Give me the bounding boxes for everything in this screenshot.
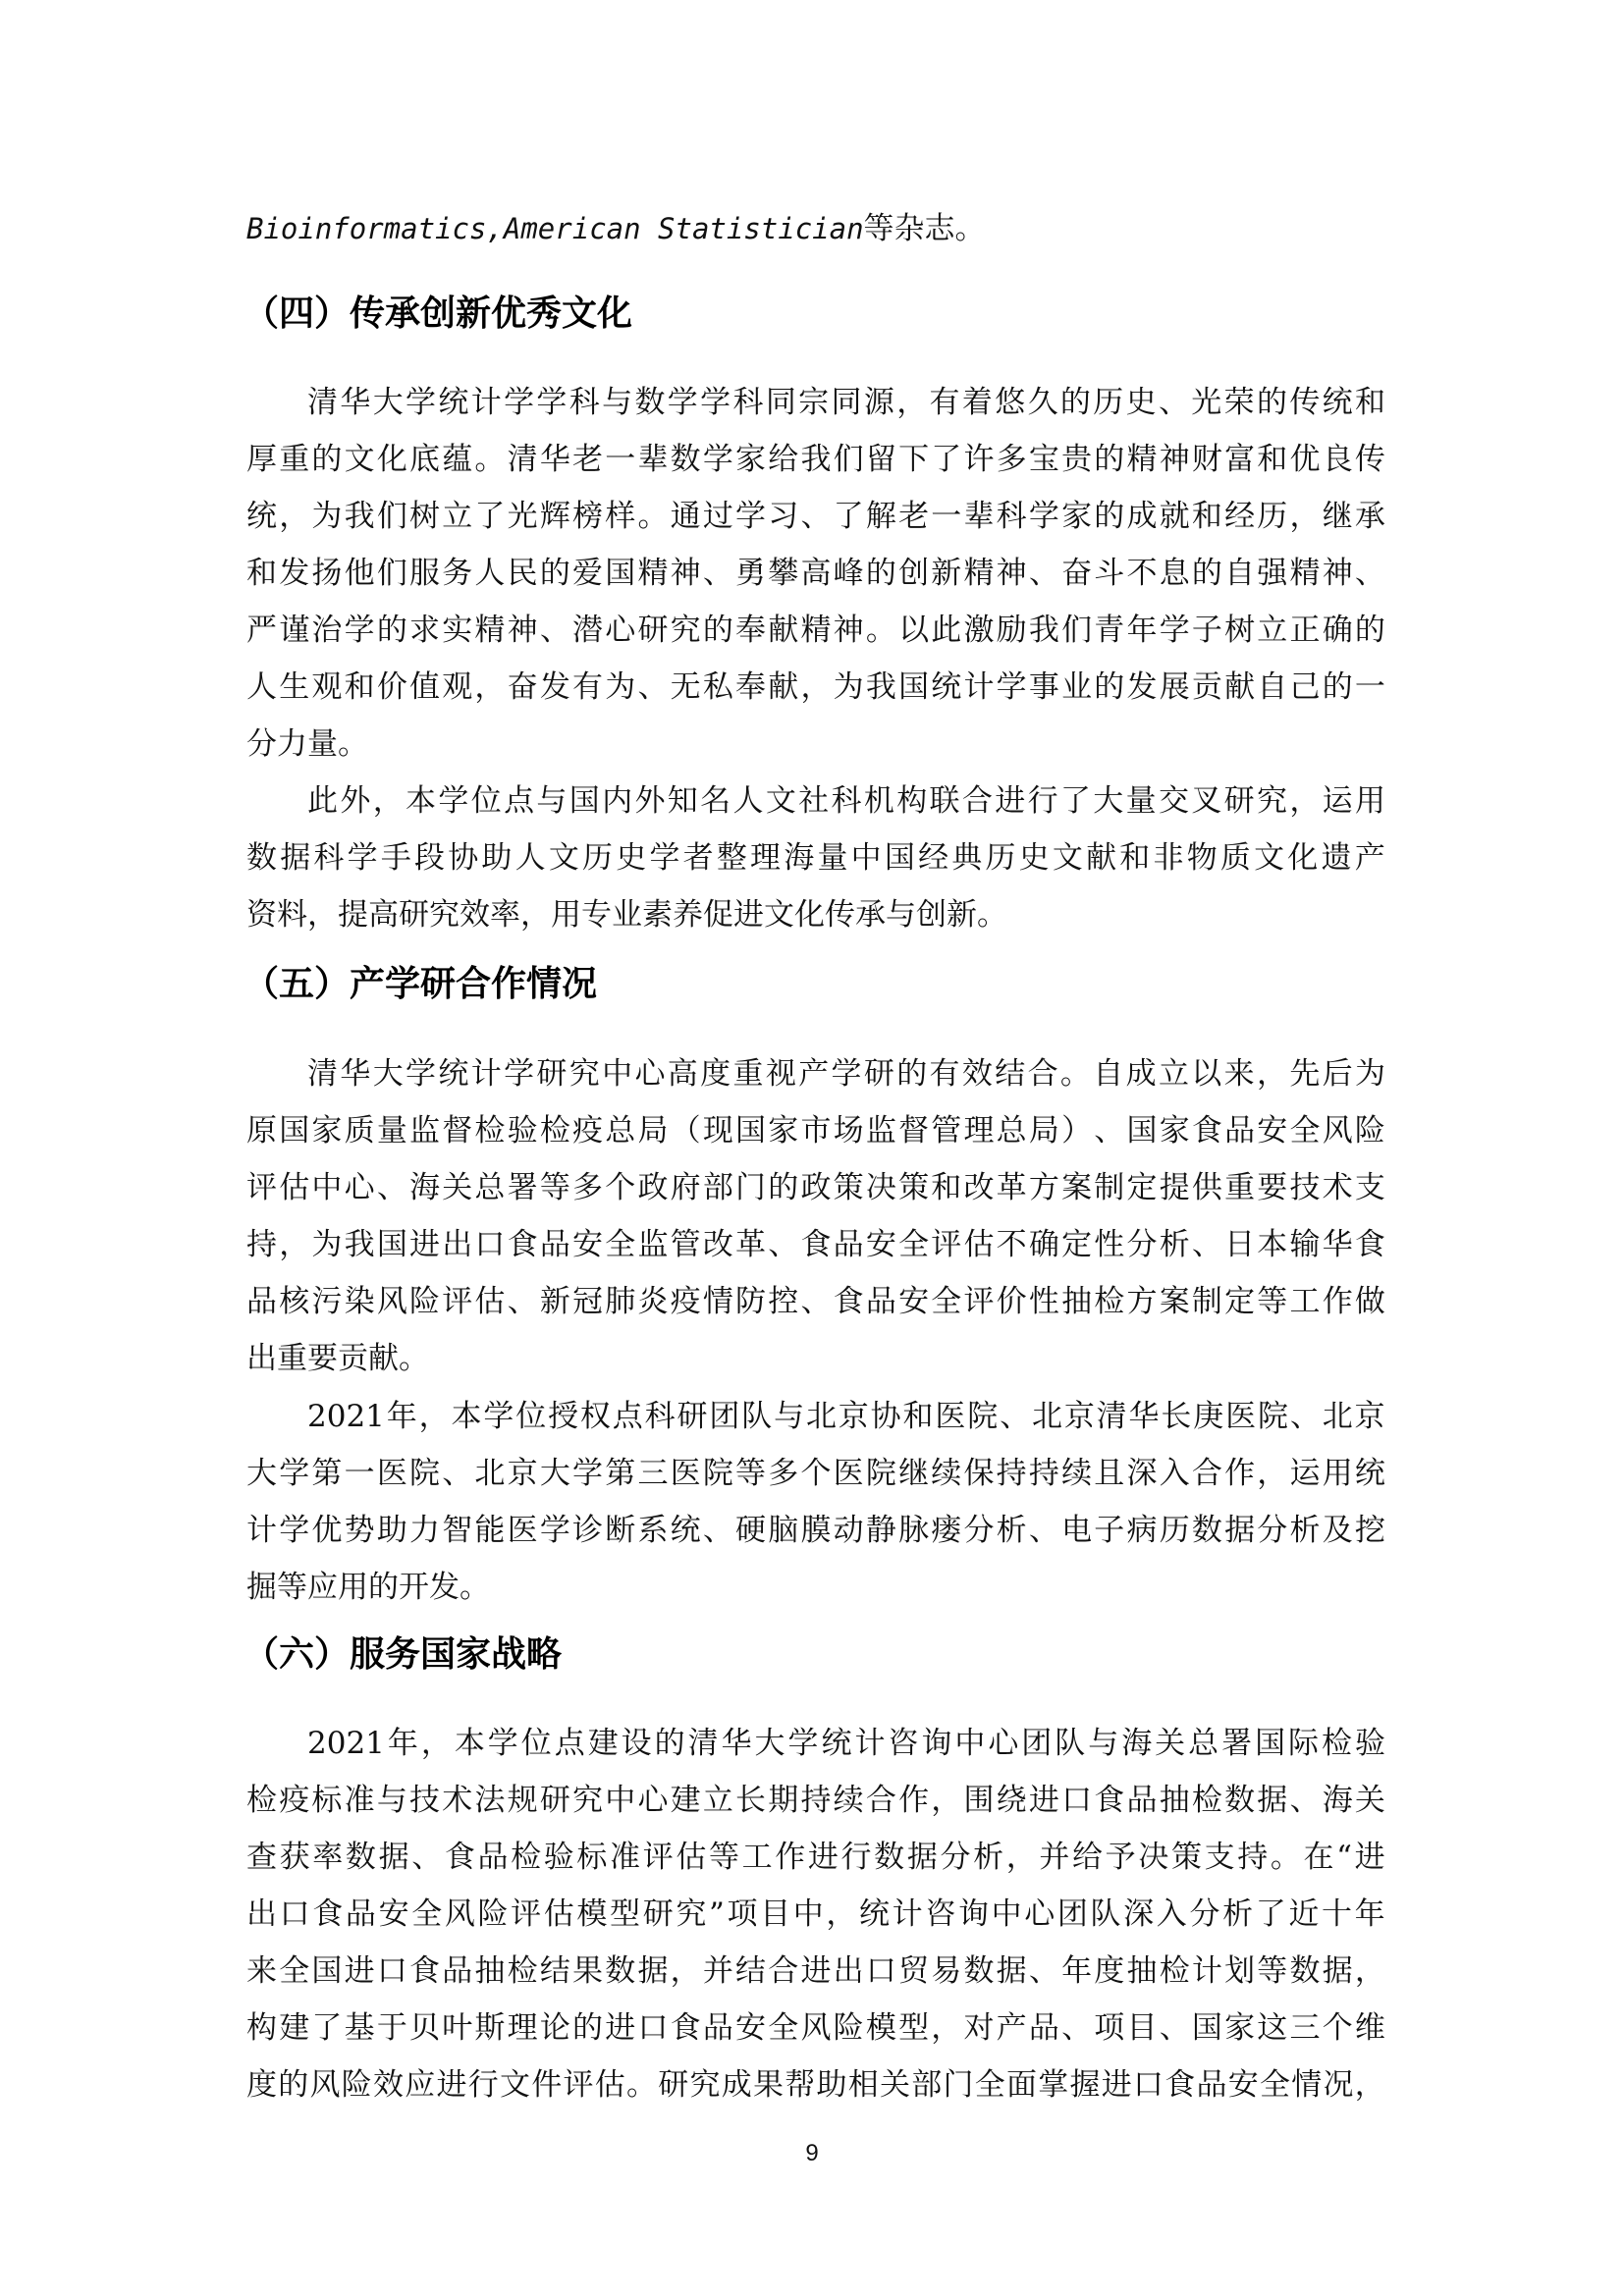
paragraph-line: 分力量。 — [246, 724, 1385, 764]
paragraph-line: 计学优势助力智能医学诊断系统、硬脑膜动静脉瘘分析、电子病历数据分析及挖 — [246, 1511, 1385, 1550]
paragraph-line: 资料，提高研究效率，用专业素养促进文化传承与创新。 — [246, 895, 1385, 934]
paragraph-line: 度的风险效应进行文件评估。研究成果帮助相关部门全面掌握进口食品安全情况， — [246, 2065, 1385, 2105]
section-heading-4: （四）传承创新优秀文化 — [244, 292, 632, 337]
paragraph-line: 清华大学统计学学科与数学学科同宗同源，有着悠久的历史、光荣的传统和 — [307, 383, 1385, 422]
paragraph-line: 2021年，本学位点建设的清华大学统计咨询中心团队与海关总署国际检验 — [307, 1724, 1385, 1763]
paragraph-line: 出重要贡献。 — [246, 1339, 1385, 1378]
intro-line-rest: 等杂志。 — [864, 209, 986, 248]
paragraph-line: 此外，本学位点与国内外知名人文社科机构联合进行了大量交叉研究，运用 — [307, 781, 1385, 821]
paragraph-line: 构建了基于贝叶斯理论的进口食品安全风险模型，对产品、项目、国家这三个维 — [246, 2008, 1385, 2048]
paragraph-line: 统，为我们树立了光辉榜样。通过学习、了解老一辈科学家的成就和经历，继承 — [246, 497, 1385, 536]
document-page: Bioinformatics,American Statistician 等杂志… — [0, 0, 1624, 2296]
paragraph-line: 掘等应用的开发。 — [246, 1568, 1385, 1607]
paragraph-line: 大学第一医院、北京大学第三医院等多个医院继续保持持续且深入合作，运用统 — [246, 1454, 1385, 1493]
page-number: 9 — [0, 2140, 1624, 2167]
paragraph-line: 原国家质量监督检验检疫总局（现国家市场监督管理总局）、国家食品安全风险 — [246, 1111, 1385, 1150]
paragraph-line: 厚重的文化底蕴。清华老一辈数学家给我们留下了许多宝贵的精神财富和优良传 — [246, 440, 1385, 479]
paragraph-line: 严谨治学的求实精神、潜心研究的奉献精神。以此激励我们青年学子树立正确的 — [246, 611, 1385, 650]
paragraph-line: 查获率数据、食品检验标准评估等工作进行数据分析，并给予决策支持。在“进 — [246, 1838, 1385, 1877]
paragraph-line: 评估中心、海关总署等多个政府部门的政策决策和改革方案制定提供重要技术支 — [246, 1168, 1385, 1207]
paragraph-line: 检疫标准与技术法规研究中心建立长期持续合作，围绕进口食品抽检数据、海关 — [246, 1781, 1385, 1820]
paragraph-line: 出口食品安全风险评估模型研究”项目中，统计咨询中心团队深入分析了近十年 — [246, 1895, 1385, 1934]
paragraph-line: 清华大学统计学研究中心高度重视产学研的有效结合。自成立以来，先后为 — [307, 1054, 1385, 1094]
paragraph-line: 来全国进口食品抽检结果数据，并结合进出口贸易数据、年度抽检计划等数据， — [246, 1951, 1385, 1991]
section-heading-5: （五）产学研合作情况 — [244, 962, 597, 1007]
section-heading-6: （六）服务国家战略 — [244, 1632, 562, 1678]
paragraph-line: 品核污染风险评估、新冠肺炎疫情防控、食品安全评价性抽检方案制定等工作做 — [246, 1282, 1385, 1321]
paragraph-line: 和发扬他们服务人民的爱国精神、勇攀高峰的创新精神、奋斗不息的自强精神、 — [246, 554, 1385, 593]
intro-line: Bioinformatics,American Statistician 等杂志… — [246, 209, 1385, 248]
paragraph-line: 持，为我国进出口食品安全监管改革、食品安全评估不确定性分析、日本输华食 — [246, 1225, 1385, 1264]
journal-names: Bioinformatics,American Statistician — [246, 209, 864, 248]
paragraph-line: 数据科学手段协助人文历史学者整理海量中国经典历史文献和非物质文化遗产 — [246, 838, 1385, 878]
paragraph-line: 人生观和价值观，奋发有为、无私奉献，为我国统计学事业的发展贡献自己的一 — [246, 667, 1385, 707]
paragraph-line: 2021年，本学位授权点科研团队与北京协和医院、北京清华长庚医院、北京 — [307, 1397, 1385, 1436]
